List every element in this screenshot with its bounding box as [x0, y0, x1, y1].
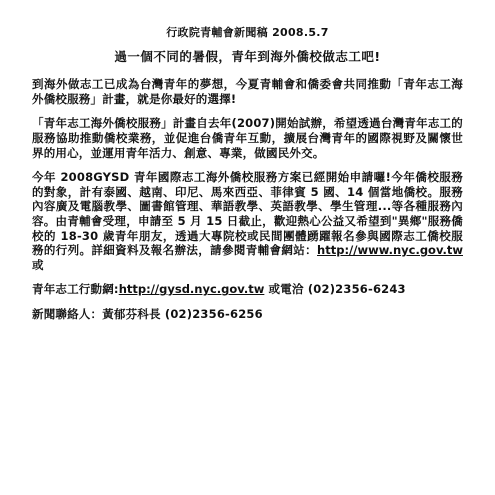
press-contact-line: 新聞聯絡人：黃郁芬科長 (02)2356-6256	[32, 307, 463, 322]
paragraph-intro: 到海外做志工已成為台灣青年的夢想，今夏青輔會和僑委會共同推動「青年志工海外僑校服…	[32, 77, 463, 106]
application-details-text-after: 或	[32, 258, 44, 272]
paragraph-application-details: 今年 2008GYSD 青年國際志工海外僑校服務方案已經開始申請囉!今年僑校服務…	[32, 170, 463, 272]
gysd-website-link[interactable]: http://gysd.nyc.gov.tw	[119, 282, 265, 296]
press-release-page: 行政院青輔會新聞稿 2008.5.7 過一個不同的暑假，青年到海外僑校做志工吧!…	[0, 0, 495, 495]
action-network-label: 青年志工行動網:	[32, 282, 119, 296]
paragraph-program-background: 「青年志工海外僑校服務」計畫自去年(2007)開始試辦，希望透過台灣青年志工的服…	[32, 116, 463, 160]
action-network-line: 青年志工行動網:http://gysd.nyc.gov.tw 或電洽 (02)2…	[32, 282, 463, 297]
nyc-website-link[interactable]: http://www.nyc.gov.tw	[317, 243, 463, 257]
document-header: 行政院青輔會新聞稿 2008.5.7	[32, 26, 463, 39]
action-network-phone: 或電洽 (02)2356-6243	[264, 282, 405, 296]
document-title: 過一個不同的暑假，青年到海外僑校做志工吧!	[32, 49, 463, 64]
